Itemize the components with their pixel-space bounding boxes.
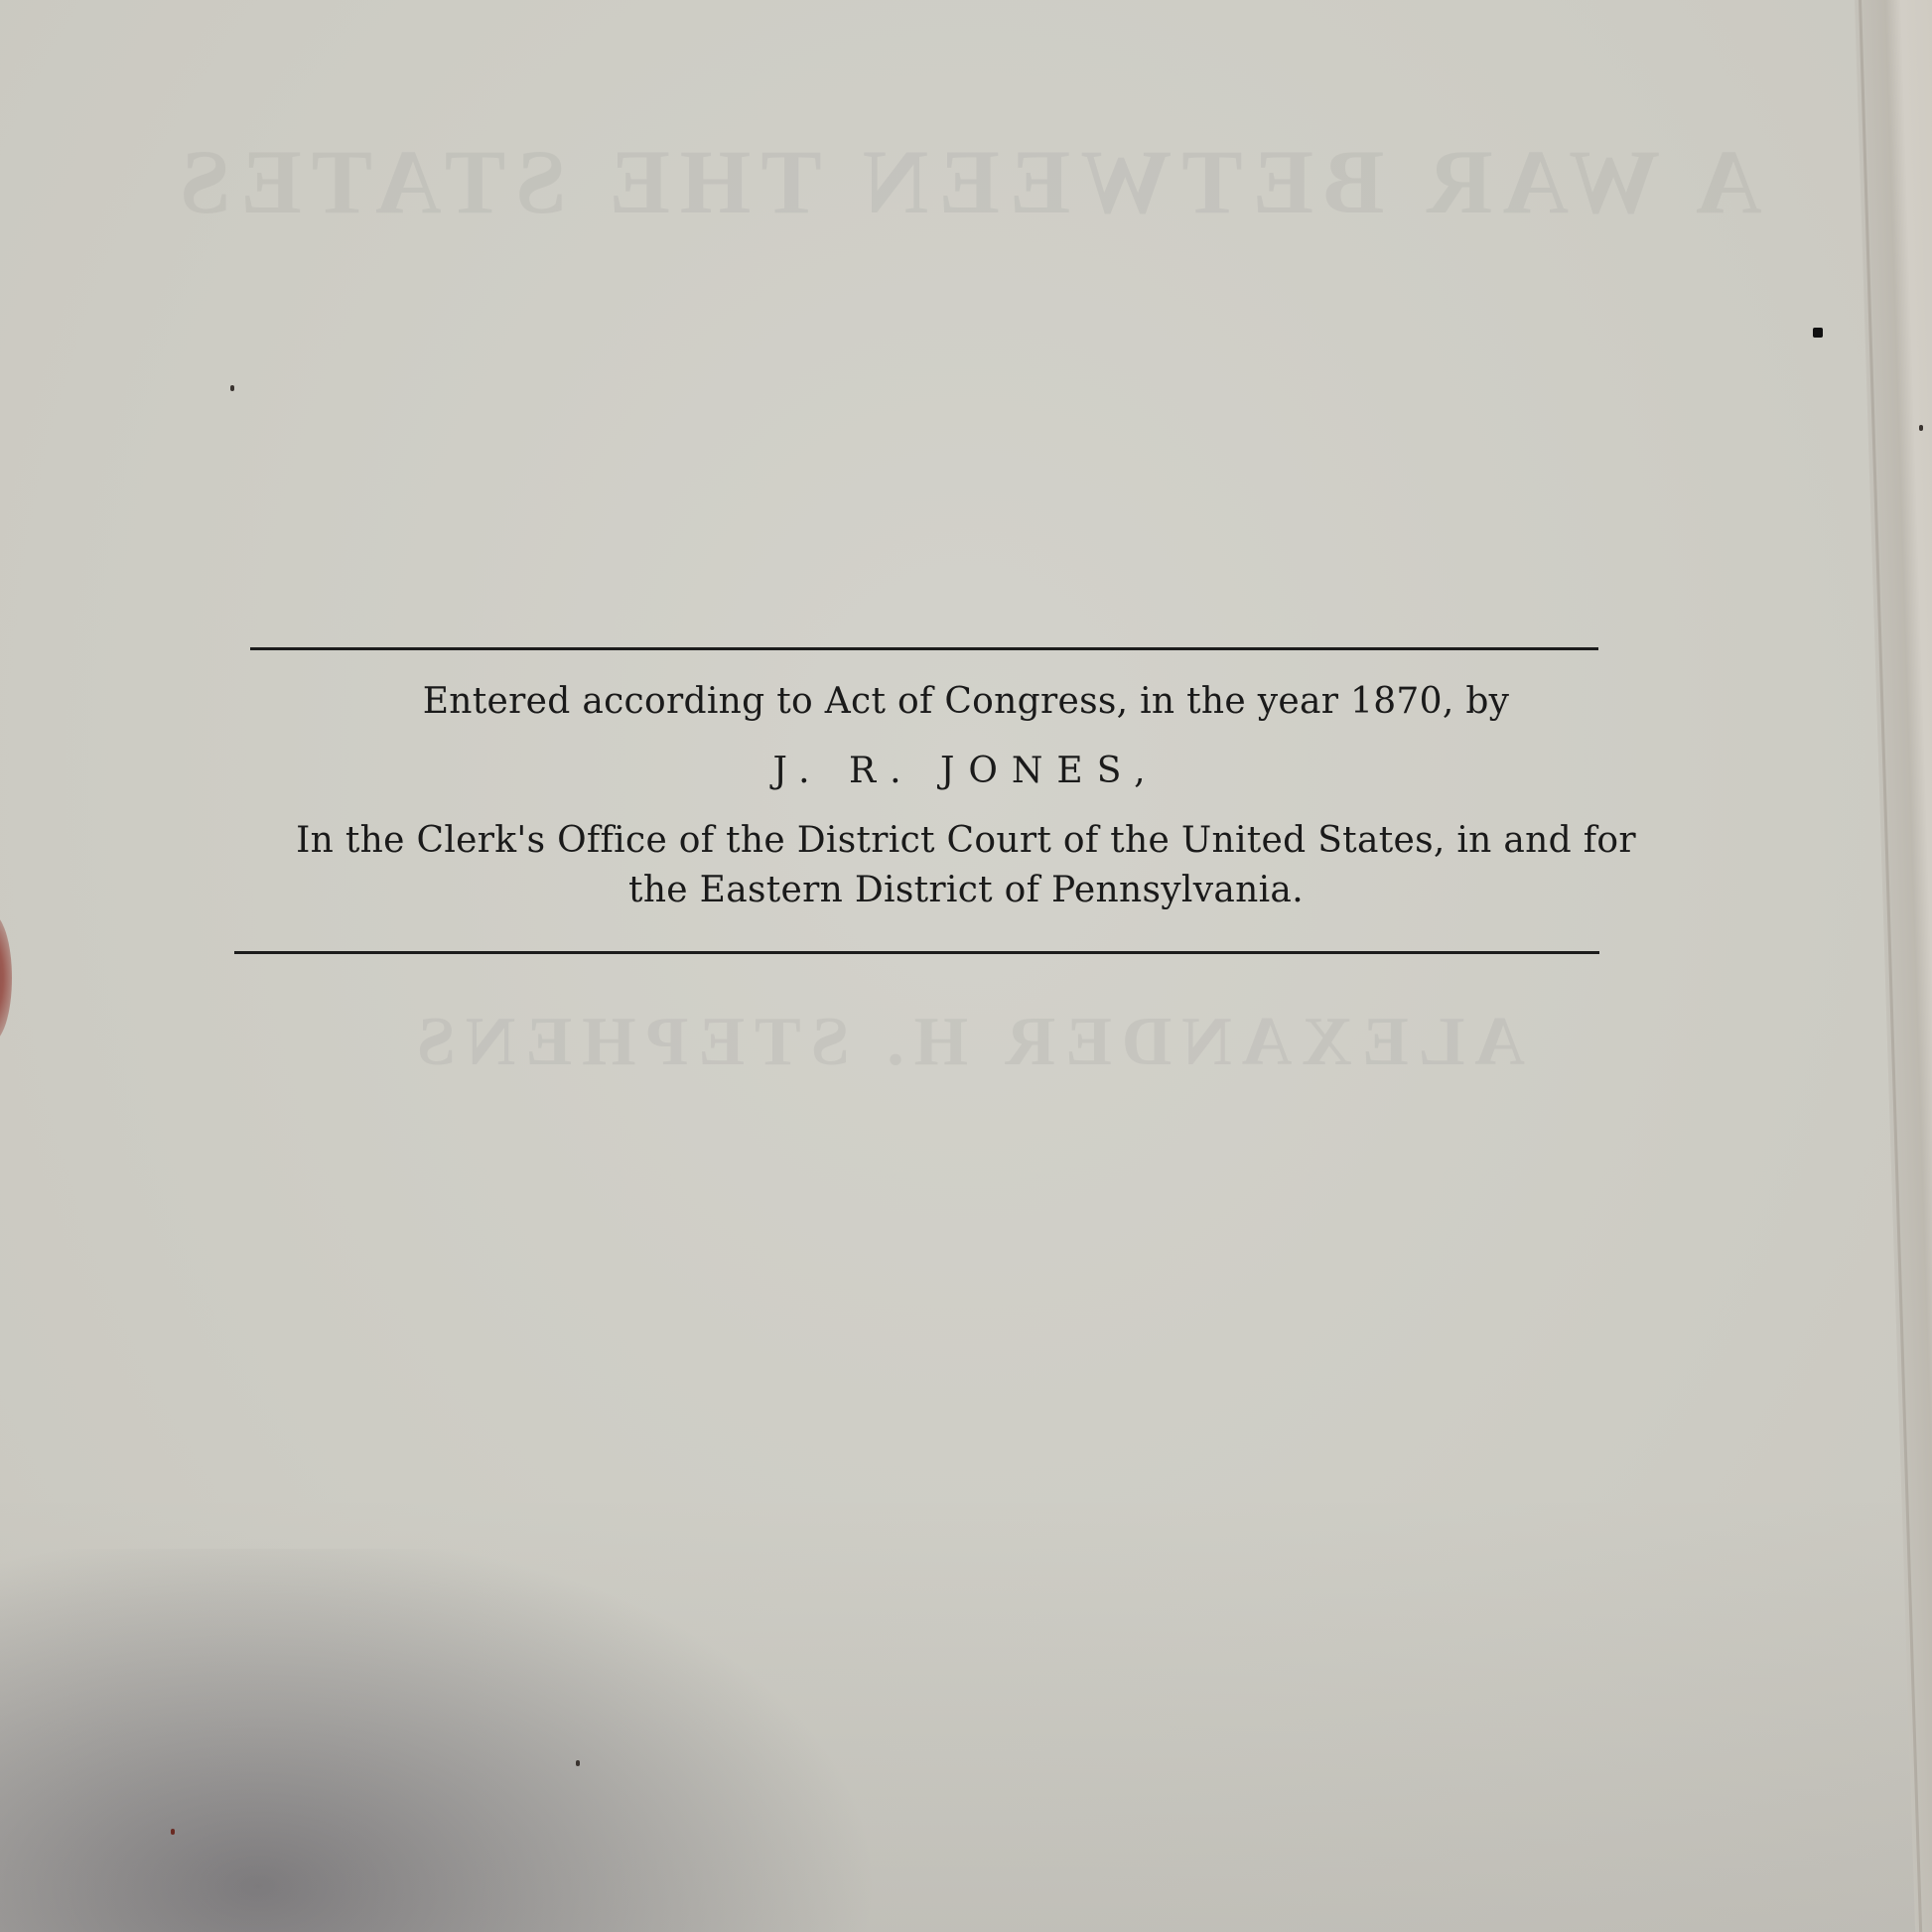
bottom-rule [234, 951, 1599, 954]
paper-speck [1919, 425, 1923, 431]
show-through-author: ALEXANDER H. STEPHENS [0, 1003, 1932, 1082]
paper-speck [576, 1760, 580, 1766]
paper-speck [230, 385, 234, 391]
clerk-office-line: In the Clerk's Office of the District Co… [0, 820, 1932, 861]
district-line: the Eastern District of Pennsylvania. [0, 870, 1932, 910]
bottom-shadow [0, 1489, 1932, 1932]
paper-speck [171, 1829, 175, 1835]
top-rule [250, 647, 1598, 650]
copyright-entered-line: Entered according to Act of Congress, in… [0, 681, 1932, 722]
paper-speck [1813, 328, 1823, 338]
show-through-heading: A WAR BETWEEN THE STATES [0, 129, 1932, 234]
copyright-holder-name: J. R. JONES, [0, 751, 1932, 791]
